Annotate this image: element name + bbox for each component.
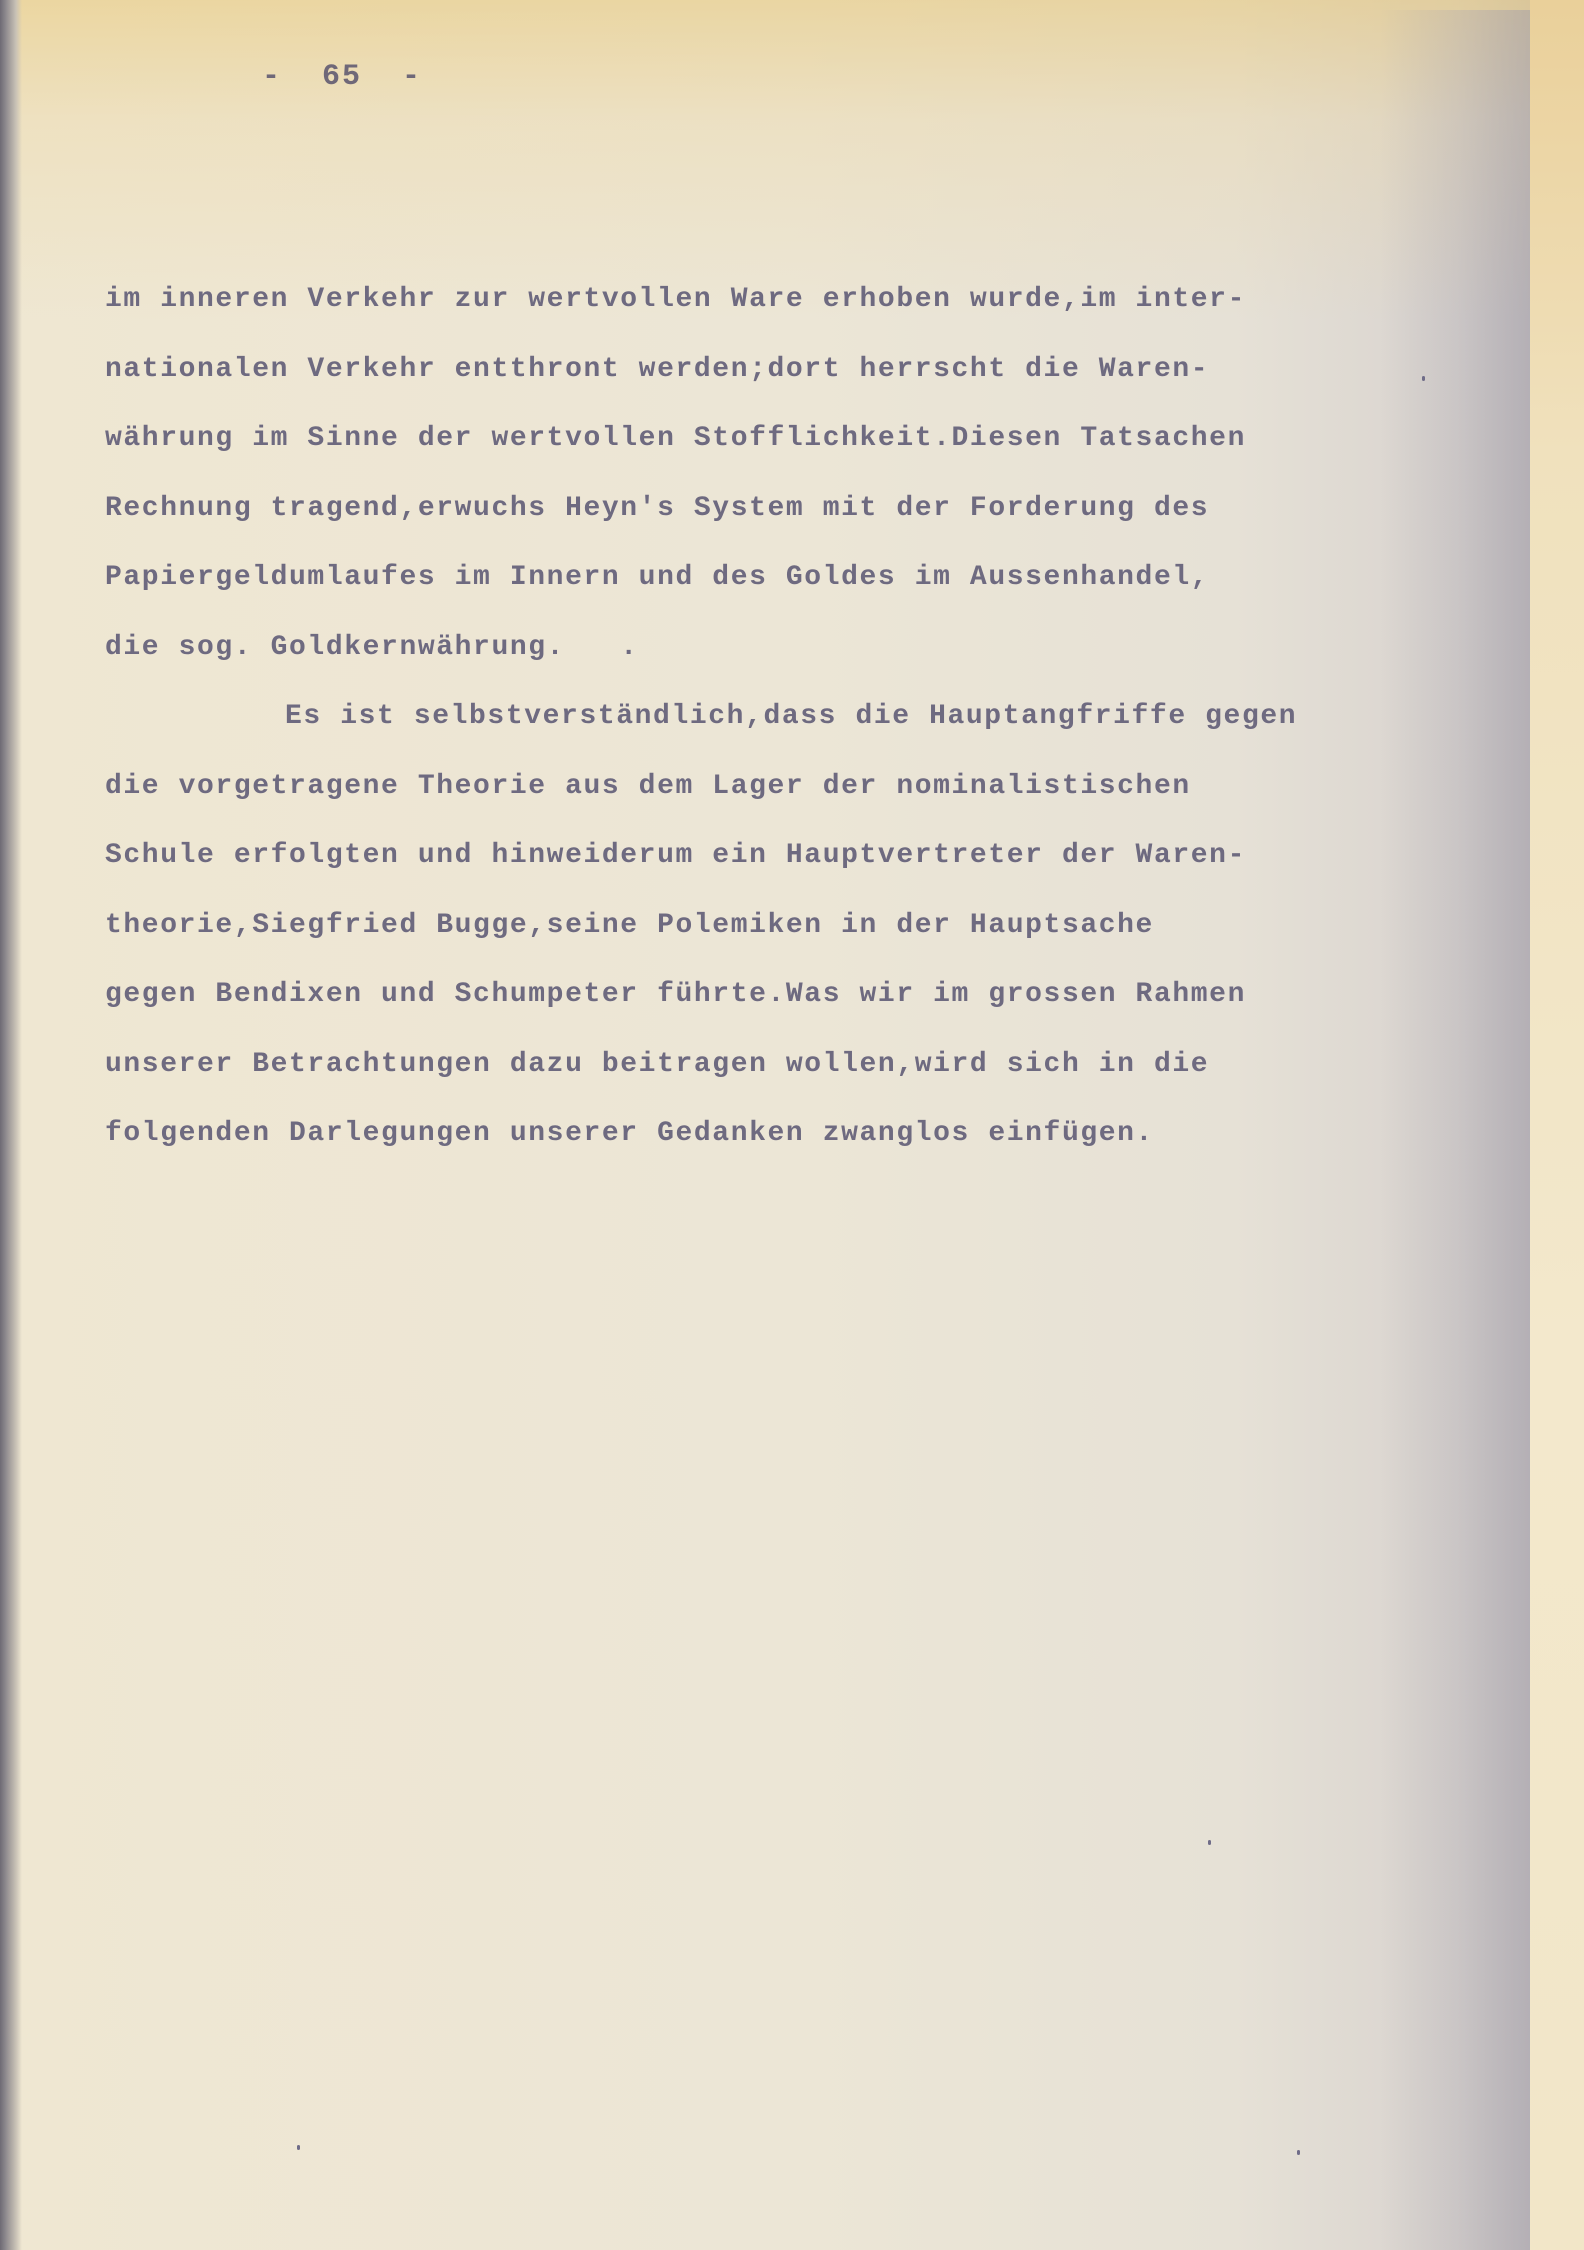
ink-speck xyxy=(1297,2150,1300,2155)
text-line: Papiergeldumlaufes im Innern und des Gol… xyxy=(105,543,1505,613)
typewritten-text: im inneren Verkehr zur wertvollen Ware e… xyxy=(105,265,1505,1169)
text-line: folgenden Darlegungen unserer Gedanken z… xyxy=(105,1099,1505,1169)
text-line: theorie,Siegfried Bugge,seine Polemiken … xyxy=(105,891,1505,961)
text-line: im inneren Verkehr zur wertvollen Ware e… xyxy=(105,265,1505,335)
binding-shadow xyxy=(0,0,22,2250)
text-line: unserer Betrachtungen dazu beitragen wol… xyxy=(105,1030,1505,1100)
text-line: die vorgetragene Theorie aus dem Lager d… xyxy=(105,752,1505,822)
text-line: währung im Sinne der wertvollen Stofflic… xyxy=(105,404,1505,474)
ink-speck xyxy=(297,2145,300,2150)
text-line: nationalen Verkehr entthront werden;dort… xyxy=(105,335,1505,405)
paragraph-2: Es ist selbstverständlich,dass die Haupt… xyxy=(105,682,1505,1169)
text-line: Rechnung tragend,erwuchs Heyn's System m… xyxy=(105,474,1505,544)
text-line: gegen Bendixen und Schumpeter führte.Was… xyxy=(105,960,1505,1030)
paragraph-1: im inneren Verkehr zur wertvollen Ware e… xyxy=(105,265,1505,682)
ink-speck xyxy=(1208,1840,1211,1845)
text-line: Es ist selbstverständlich,dass die Haupt… xyxy=(105,682,1505,752)
ink-speck xyxy=(1422,376,1425,381)
text-line: Schule erfolgten und hinweiderum ein Hau… xyxy=(105,821,1505,891)
adjacent-page-edge xyxy=(1530,0,1584,2250)
page-number: - 65 - xyxy=(262,60,422,94)
text-line: die sog. Goldkernwährung. . xyxy=(105,613,1505,683)
